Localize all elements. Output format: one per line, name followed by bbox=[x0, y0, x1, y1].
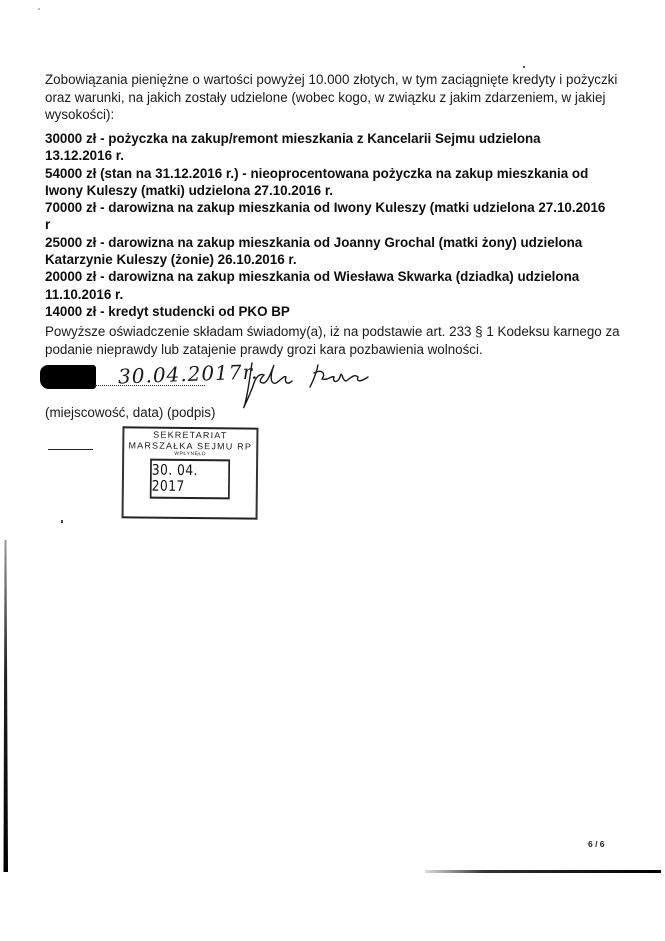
redaction-block bbox=[40, 365, 96, 389]
liability-line: 13.12.2016 r. bbox=[45, 147, 655, 164]
liability-line: Iwony Kuleszy (matki) udzielona 27.10.20… bbox=[45, 182, 655, 199]
legal-declaration: Powyższe oświadczenie składam świadomy(a… bbox=[45, 323, 645, 358]
intro-line: oraz warunki, na jakich zostały udzielon… bbox=[45, 89, 645, 107]
stamp-date: 30. 04. 2017 bbox=[152, 463, 229, 496]
document-page: Zobowiązania pieniężne o wartości powyże… bbox=[0, 0, 665, 941]
divider-line bbox=[48, 449, 93, 450]
intro-line: Zobowiązania pieniężne o wartości powyże… bbox=[45, 71, 645, 89]
scan-edge-rule bbox=[425, 870, 661, 873]
scan-speck bbox=[523, 66, 525, 68]
liability-line: 25000 zł - darowizna na zakup mieszkania… bbox=[45, 234, 655, 251]
liability-line: 14000 zł - kredyt studencki od PKO BP bbox=[45, 303, 655, 320]
received-stamp: SEKRETARIAT MARSZAŁKA SEJMU RP WPŁYNĘŁO … bbox=[122, 426, 259, 519]
stamp-date-box: 30. 04. 2017 bbox=[150, 459, 230, 500]
liabilities-intro: Zobowiązania pieniężne o wartości powyże… bbox=[45, 71, 645, 124]
scan-speck bbox=[38, 8, 40, 10]
liability-line: 70000 zł - darowizna na zakup mieszkania… bbox=[45, 199, 655, 216]
handwritten-signature bbox=[230, 355, 370, 415]
scan-speck bbox=[61, 520, 63, 523]
liability-line: Katarzynie Kuleszy (żonie) 26.10.2016 r. bbox=[45, 251, 655, 268]
liability-line: 54000 zł (stan na 31.12.2016 r.) - nieop… bbox=[45, 165, 655, 182]
liability-line: 30000 zł - pożyczka na zakup/remont mies… bbox=[45, 130, 655, 147]
liabilities-list: 30000 zł - pożyczka na zakup/remont mies… bbox=[45, 130, 655, 320]
intro-line: wysokości): bbox=[45, 106, 645, 124]
scan-edge-shadow bbox=[3, 540, 8, 872]
liability-line: r bbox=[45, 216, 655, 233]
page-number: 6 / 6 bbox=[588, 839, 605, 849]
declaration-line: Powyższe oświadczenie składam świadomy(a… bbox=[45, 323, 645, 341]
liability-line: 11.10.2016 r. bbox=[45, 286, 655, 303]
liability-line: 20000 zł - darowizna na zakup mieszkania… bbox=[45, 268, 655, 285]
stamp-title-line1: SEKRETARIAT bbox=[124, 430, 256, 440]
signature-caption: (miejscowość, data) (podpis) bbox=[45, 405, 215, 420]
